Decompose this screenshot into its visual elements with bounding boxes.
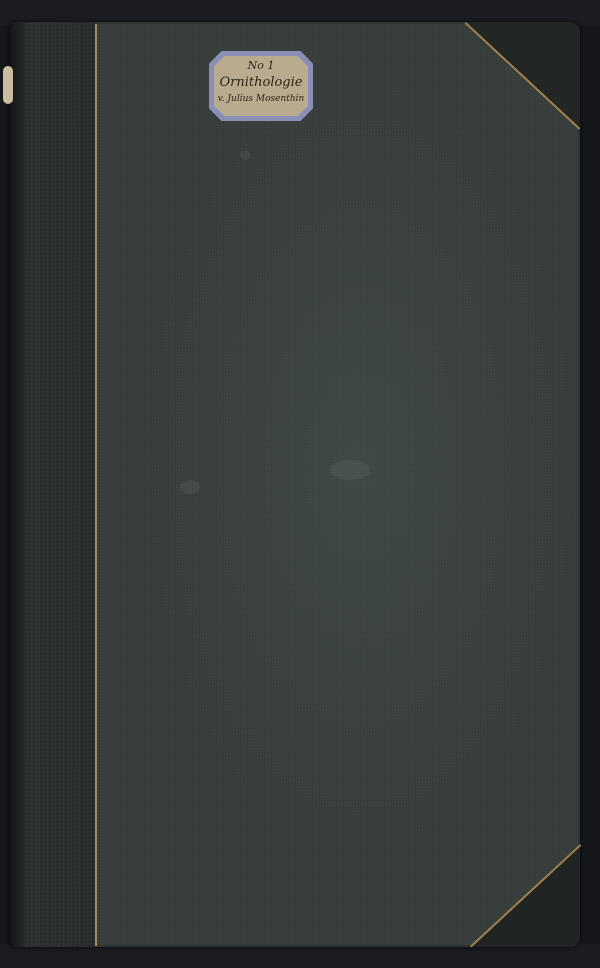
torn-spine-fragment — [3, 66, 13, 104]
label-number: No 1 — [214, 59, 308, 72]
spine-edge — [10, 22, 24, 947]
stain-spot — [240, 150, 250, 160]
cover-label: No 1 Ornithologie v. Julius Mosenthin — [214, 56, 308, 116]
label-title: Ornithologie — [214, 75, 308, 90]
scan-background-bottom — [0, 944, 600, 968]
stain-spot — [180, 480, 200, 494]
cloth-board — [97, 24, 578, 945]
stain-spot — [330, 460, 370, 480]
label-subtitle: v. Julius Mosenthin — [214, 94, 308, 104]
